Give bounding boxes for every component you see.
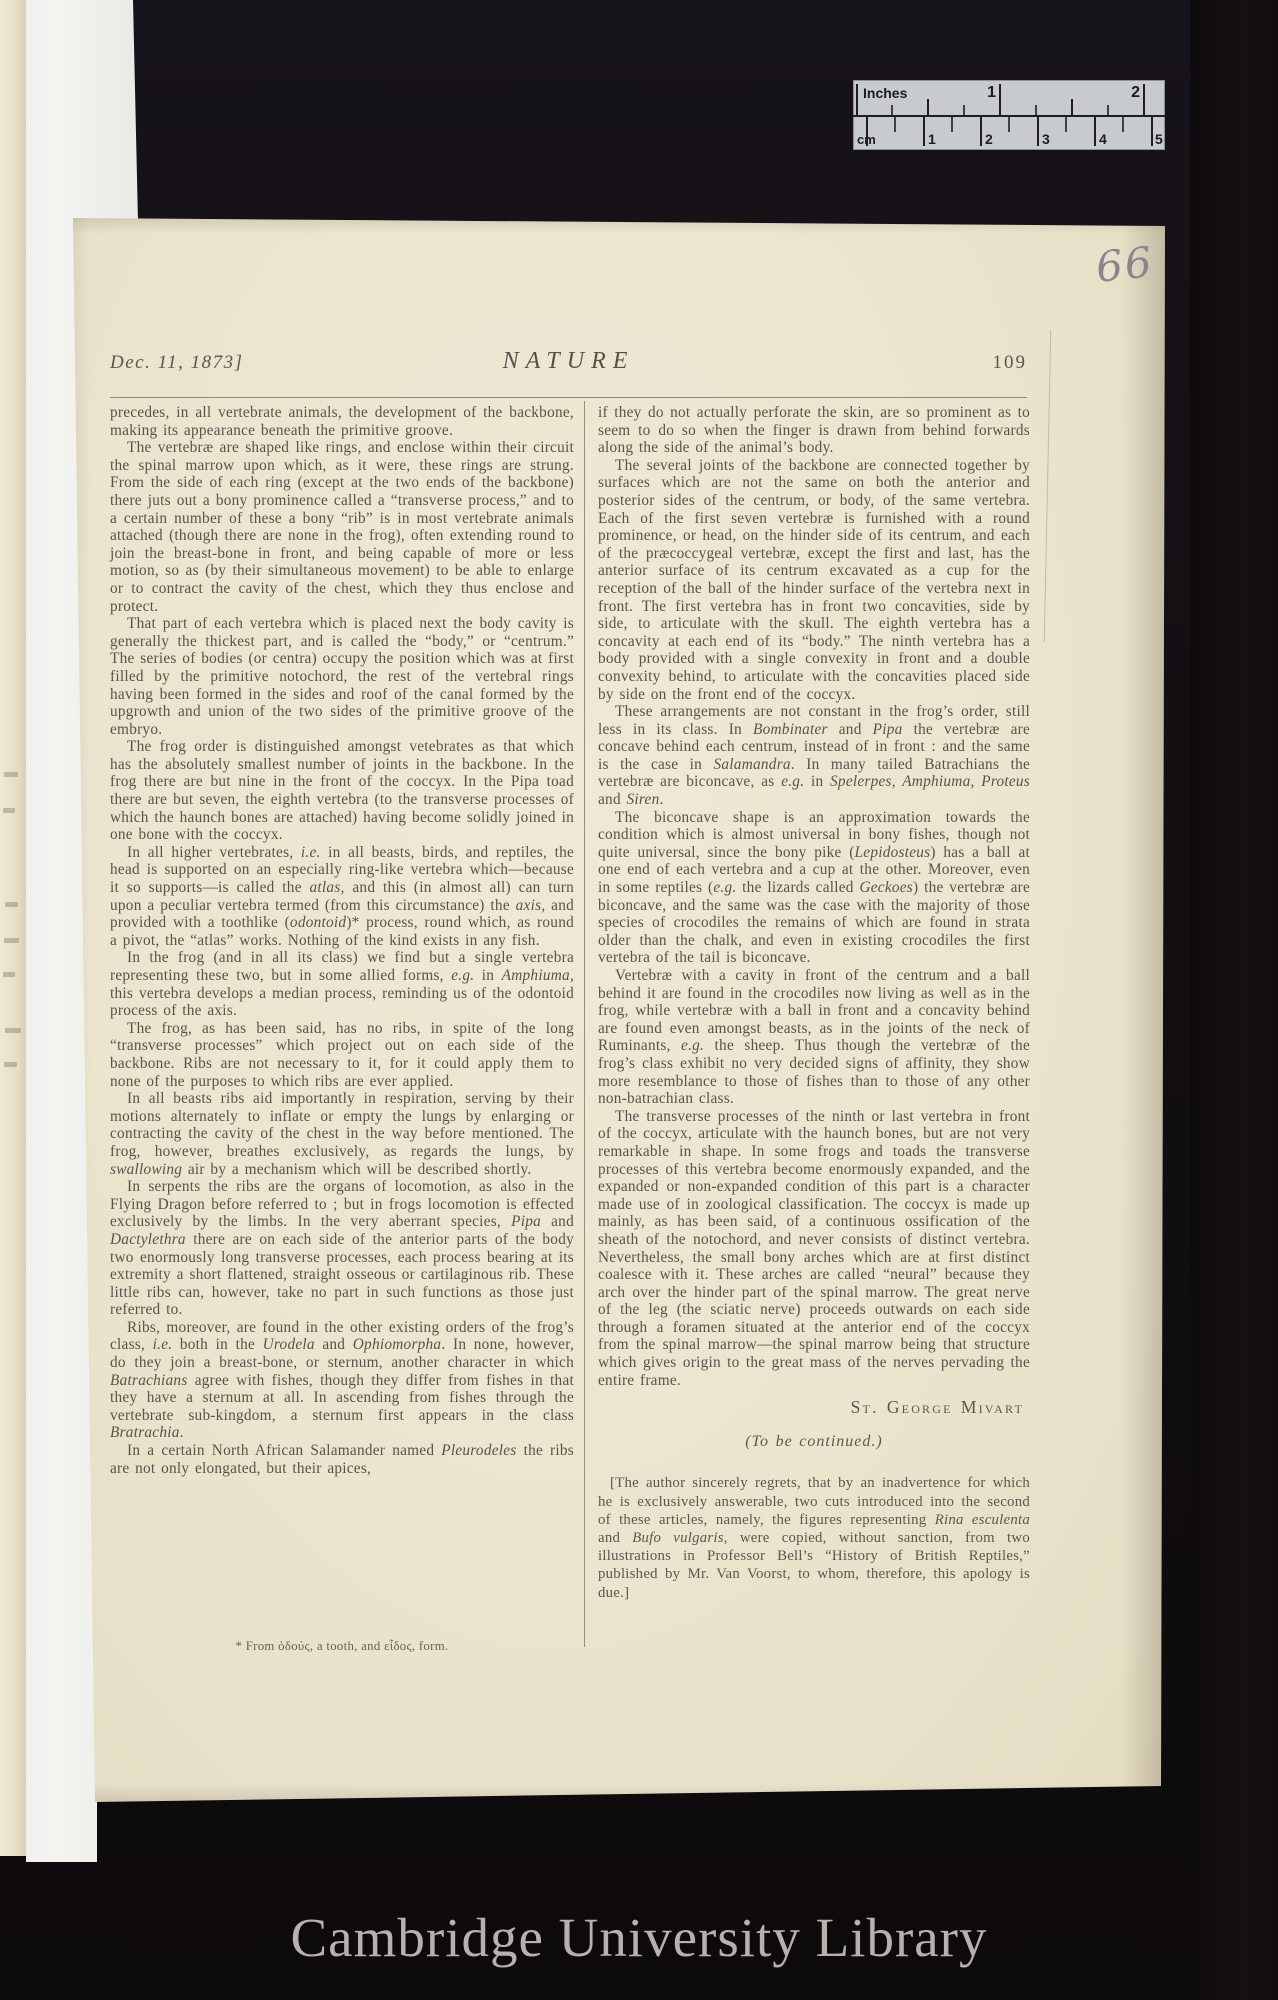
paragraph: The transverse processes of the ninth or… [598, 1108, 1030, 1390]
text-fragments [3, 808, 15, 813]
header-rule [110, 397, 1027, 398]
page-number: 109 [993, 352, 1028, 374]
measurement-ruler: Inches 1 2 cm 1 2 3 4 5 [853, 80, 1165, 150]
paragraph: In the frog (and in all its class) we fi… [110, 949, 574, 1019]
column-divider [584, 401, 585, 1647]
article-column-2: if they do not actually perforate the sk… [598, 404, 1030, 1602]
paragraph: The several joints of the backbone are c… [598, 457, 1030, 703]
ruler-cm-label: cm [857, 132, 876, 147]
paragraph: if they do not actually perforate the sk… [598, 404, 1030, 457]
paragraph: The frog order is distinguished amongst … [110, 738, 574, 844]
paragraph: In serpents the ribs are the organs of l… [110, 1178, 574, 1319]
dark-cloth-band [1190, 0, 1278, 2000]
article-column-1: precedes, in all vertebrate animals, the… [110, 404, 574, 1477]
text-fragments [5, 1028, 21, 1033]
ruler-inch-number: 2 [1131, 84, 1140, 101]
text-fragments [4, 938, 19, 943]
ruler-cm-number: 2 [985, 131, 993, 147]
ruler-cm-number: 3 [1042, 131, 1050, 147]
ruler-cm-number: 5 [1155, 131, 1163, 147]
paragraph: In all beasts ribs aid importantly in re… [110, 1090, 574, 1178]
page-header: Dec. 11, 1873] NATURE 109 [110, 348, 1027, 380]
paragraph: The frog, as has been said, has no ribs,… [110, 1020, 574, 1090]
journal-page: Dec. 11, 1873] NATURE 109 precedes, in a… [57, 218, 1167, 1804]
author-signature: St. George Mivart [598, 1399, 1024, 1417]
paragraph: In all higher vertebrates, i.e. in all b… [110, 844, 574, 950]
paragraph: These arrangements are not constant in t… [598, 703, 1030, 809]
ruler-inches-label: Inches [863, 85, 908, 101]
ruler-inch-number: 1 [987, 84, 996, 101]
paragraph: Vertebræ with a cavity in front of the c… [598, 967, 1030, 1108]
journal-title: NATURE [110, 348, 1027, 375]
ruler-cm-number: 1 [928, 131, 936, 147]
library-photograph: { "colors":{ "background_black":"#120f12… [0, 0, 1278, 2000]
paragraph: In a certain North African Salamander na… [110, 1442, 574, 1477]
paragraph: Ribs, moreover, are found in the other e… [110, 1319, 574, 1442]
text-fragments [4, 772, 18, 777]
facing-page-edge [0, 0, 26, 1856]
paragraph: That part of each vertebra which is plac… [110, 615, 574, 738]
text-fragments [3, 972, 15, 977]
pencil-annotation: 66 [1094, 237, 1156, 292]
erratum-note: [The author sincerely regrets, that by a… [598, 1474, 1030, 1601]
library-caption: Cambridge University Library [0, 1906, 1278, 1969]
column-2-paragraphs: if they do not actually perforate the sk… [598, 404, 1030, 1389]
text-fragments [5, 902, 18, 907]
to-be-continued: (To be continued.) [598, 1433, 1030, 1451]
paragraph: The vertebræ are shaped like rings, and … [110, 439, 574, 615]
paragraph: The biconcave shape is an approximation … [598, 809, 1030, 967]
scratch-artifact [1044, 330, 1052, 642]
text-fragments [4, 1062, 17, 1067]
paragraph: precedes, in all vertebrate animals, the… [110, 404, 574, 439]
footnote: * From ὀδούς, a tooth, and εἶδος, form. [110, 1639, 574, 1654]
ruler-cm-number: 4 [1099, 131, 1107, 147]
